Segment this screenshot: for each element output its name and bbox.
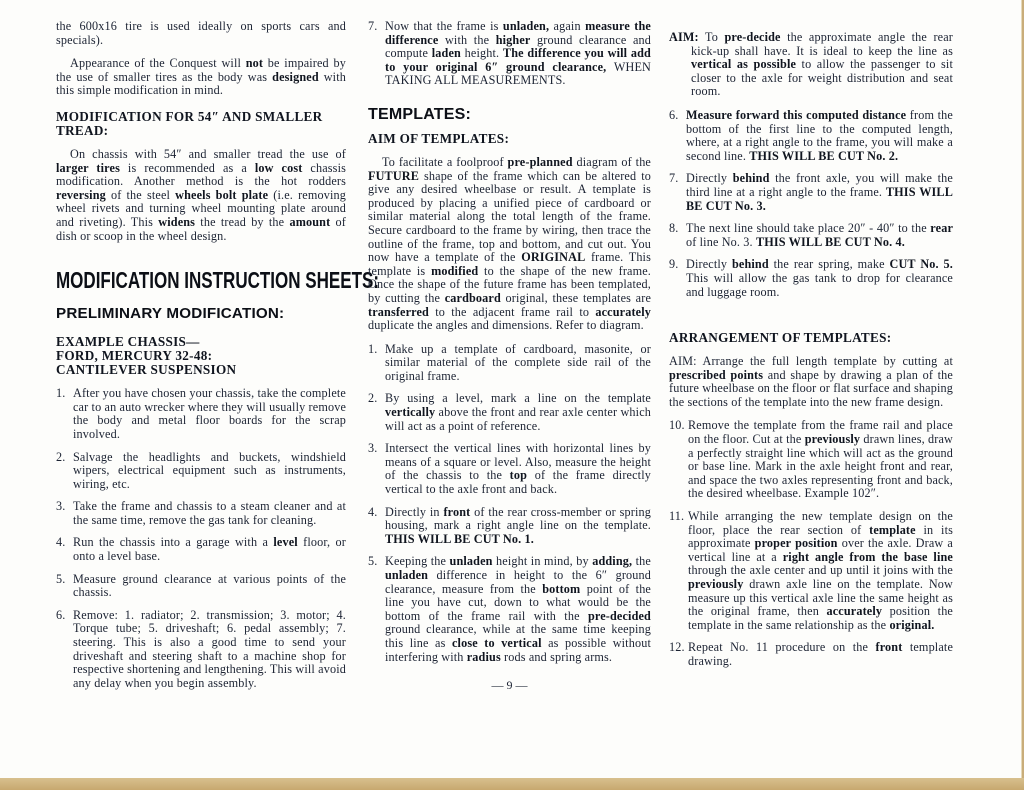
document-page: the 600x16 tire is used ideally on sport… (0, 0, 1022, 778)
column-middle: 7.Now that the frame is unladen, again m… (368, 20, 651, 693)
item-text: By using a level, mark a line on the tem… (385, 392, 651, 433)
item-text: Make up a template of cardboard, masonit… (385, 343, 651, 384)
mod-54-heading: MODIFICATION FOR 54″ AND SMALLER TREAD: (56, 110, 346, 138)
preliminary-steps-list: 1.After you have chosen your chassis, ta… (56, 387, 346, 690)
aim-of-templates-paragraph: To facilitate a foolproof pre-planned di… (368, 156, 651, 333)
aim-arrangement-paragraph: AIM: Arrange the full length template by… (669, 355, 953, 409)
item-number: 5. (368, 555, 385, 664)
item-number: 2. (56, 451, 73, 492)
item-text: Measure forward this computed distance f… (686, 109, 953, 163)
item-number: 6. (56, 609, 73, 691)
item-number: 10. (669, 419, 688, 501)
list-item: 5.Measure ground clearance at various po… (56, 573, 346, 600)
list-item: 10.Remove the template from the frame ra… (669, 419, 953, 501)
item-number: 6. (669, 109, 686, 163)
aim-kick-up-paragraph: AIM: To pre-decide the approximate angle… (669, 31, 953, 99)
list-item: 11.While arranging the new template desi… (669, 510, 953, 632)
list-item: 8.The next line should take place 20″ - … (669, 222, 953, 249)
column-left: the 600x16 tire is used ideally on sport… (56, 20, 346, 690)
example-chassis-heading: EXAMPLE CHASSIS— FORD, MERCURY 32-48: CA… (56, 335, 346, 377)
aim-of-templates-heading: AIM OF TEMPLATES: (368, 132, 651, 146)
item-text: Run the chassis into a garage with a lev… (73, 536, 346, 563)
item-number: 3. (368, 442, 385, 496)
list-item: 12.Repeat No. 11 procedure on the front … (669, 641, 953, 668)
item-number: 7. (669, 172, 686, 213)
step-7-unladen: 7.Now that the frame is unladen, again m… (368, 20, 651, 88)
item-text: Now that the frame is unladen, again mea… (385, 20, 651, 88)
list-item: 6.Measure forward this computed distance… (669, 109, 953, 163)
item-text: Remove the template from the frame rail … (688, 419, 953, 501)
item-text: Take the frame and chassis to a steam cl… (73, 500, 346, 527)
arrangement-steps-list: 10.Remove the template from the frame ra… (669, 419, 953, 668)
item-text: Salvage the headlights and buckets, wind… (73, 451, 346, 492)
item-text: The next line should take place 20″ - 40… (686, 222, 953, 249)
list-item: 3.Intersect the vertical lines with hori… (368, 442, 651, 496)
intro-continuation: the 600x16 tire is used ideally on sport… (56, 20, 346, 47)
list-item: 5.Keeping the unladen height in mind, by… (368, 555, 651, 664)
item-number: 11. (669, 510, 688, 632)
list-item: 1.After you have chosen your chassis, ta… (56, 387, 346, 441)
item-text: Directly behind the rear spring, make CU… (686, 258, 953, 299)
page-edge-shadow (0, 778, 1024, 790)
list-item: 3.Take the frame and chassis to a steam … (56, 500, 346, 527)
item-text: Keeping the unladen height in mind, by a… (385, 555, 651, 664)
arrangement-heading: ARRANGEMENT OF TEMPLATES: (669, 331, 953, 345)
list-item: 7.Now that the frame is unladen, again m… (368, 20, 651, 88)
item-number: 2. (368, 392, 385, 433)
item-number: 8. (669, 222, 686, 249)
item-text: Repeat No. 11 procedure on the front tem… (688, 641, 953, 668)
item-number: 4. (368, 506, 385, 547)
list-item: 7.Directly behind the front axle, you wi… (669, 172, 953, 213)
templates-heading: TEMPLATES: (368, 106, 651, 124)
item-number: 7. (368, 20, 385, 88)
column-right: AIM: To pre-decide the approximate angle… (669, 31, 953, 669)
item-text: Measure ground clearance at various poin… (73, 573, 346, 600)
item-text: Intersect the vertical lines with horizo… (385, 442, 651, 496)
list-item: 2.Salvage the headlights and buckets, wi… (56, 451, 346, 492)
page-number: — 9 — (368, 678, 651, 693)
item-number: 5. (56, 573, 73, 600)
item-number: 4. (56, 536, 73, 563)
list-item: 2.By using a level, mark a line on the t… (368, 392, 651, 433)
item-number: 1. (56, 387, 73, 441)
item-number: 9. (669, 258, 686, 299)
list-item: 1.Make up a template of cardboard, mason… (368, 343, 651, 384)
cut-steps-list: 6.Measure forward this computed distance… (669, 109, 953, 299)
list-item: 6.Remove: 1. radiator; 2. transmission; … (56, 609, 346, 691)
item-number: 1. (368, 343, 385, 384)
item-text: Directly in front of the rear cross-memb… (385, 506, 651, 547)
main-section-heading: MODIFICATION INSTRUCTION SHEETS: (56, 267, 271, 293)
template-steps-list: 1.Make up a template of cardboard, mason… (368, 343, 651, 664)
list-item: 4.Run the chassis into a garage with a l… (56, 536, 346, 563)
preliminary-heading: PRELIMINARY MODIFICATION: (56, 305, 346, 323)
item-text: While arranging the new template design … (688, 510, 953, 632)
item-text: After you have chosen your chassis, take… (73, 387, 346, 441)
item-number: 3. (56, 500, 73, 527)
list-item: 4.Directly in front of the rear cross-me… (368, 506, 651, 547)
list-item: 9.Directly behind the rear spring, make … (669, 258, 953, 299)
mod-54-paragraph: On chassis with 54″ and smaller tread th… (56, 148, 346, 243)
item-text: Remove: 1. radiator; 2. transmission; 3.… (73, 609, 346, 691)
item-number: 12. (669, 641, 688, 668)
item-text: Directly behind the front axle, you will… (686, 172, 953, 213)
appearance-paragraph: Appearance of the Conquest will not be i… (56, 57, 346, 98)
